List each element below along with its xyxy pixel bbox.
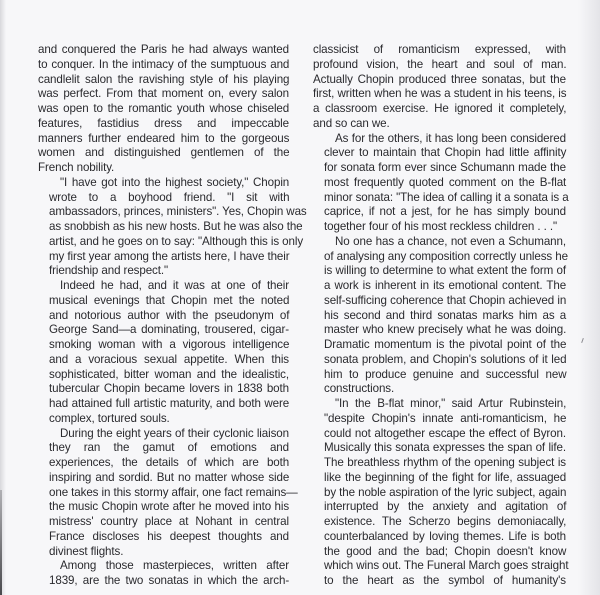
text-line: was open to the romantic youth whose chi…	[38, 102, 289, 117]
text-line: clever to maintain that Chopin had littl…	[313, 146, 566, 161]
paragraph: "In the B-flat minor," said Artur Rubins…	[313, 397, 566, 589]
text-line: and notorious author with the pseudonym …	[38, 309, 289, 324]
text-line: manners further endeared him to the gorg…	[38, 132, 289, 147]
text-line: friendship and respect."	[38, 264, 289, 279]
text-line: The breathless rhythm of the opening sub…	[313, 456, 566, 471]
paragraph: and conquered the Paris he had always wa…	[38, 43, 289, 176]
text-line: master who knew precisely what he was do…	[313, 323, 566, 338]
text-line: the good and the bad; Chopin doesn't kno…	[313, 545, 566, 560]
text-line: tubercular Chopin became lovers in 1838 …	[38, 382, 289, 397]
text-line: complex, tortured souls.	[38, 412, 289, 427]
text-line: mistress' country place at Nohant in cen…	[38, 515, 289, 530]
text-line: wrote to a boyhood friend. "I sit with	[38, 191, 289, 206]
text-line: classicist of romanticism expressed, wit…	[313, 43, 566, 58]
text-line: women and distinguished gentlemen of the	[38, 146, 289, 161]
text-line: profound vision, the heart and soul of m…	[313, 58, 566, 73]
text-line: musical evenings that Chopin met the not…	[38, 294, 289, 309]
text-line: and a voracious sexual appetite. When th…	[38, 353, 289, 368]
text-line: As for the others, it has long been cons…	[313, 132, 566, 147]
text-line: divinest flights.	[38, 545, 289, 560]
text-line: artist, and he goes on to say: "Although…	[38, 235, 289, 250]
text-line: for sonata form ever since Schumann made…	[313, 161, 566, 176]
left-text-column: and conquered the Paris he had always wa…	[38, 43, 289, 589]
text-line: sonata problem, and Chopin's solutions o…	[313, 353, 566, 368]
text-line: and so can we.	[313, 117, 566, 132]
text-line: smoking woman with a vigorous intelligen…	[38, 338, 289, 353]
text-line: by the noble aspiration of the lyric sub…	[313, 486, 566, 501]
text-line: No one has a chance, not even a Schumann…	[313, 235, 566, 250]
text-line: During the eight years of their cyclonic…	[38, 427, 289, 442]
page-edge-shadow	[578, 0, 600, 595]
text-line: Musically this sonata expresses the span…	[313, 441, 566, 456]
text-line: to conquer. In the intimacy of the sumpt…	[38, 58, 289, 73]
text-line: Among those masterpieces, written after	[38, 559, 289, 574]
paragraph: As for the others, it has long been cons…	[313, 132, 566, 235]
text-line: together four of his most reckless child…	[313, 220, 566, 235]
text-line: French nobility.	[38, 161, 289, 176]
text-line: experiences, the details of which are bo…	[38, 456, 289, 471]
text-line: "In the B-flat minor," said Artur Rubins…	[313, 397, 566, 412]
text-line: inspiring and sordid. But no matter whos…	[38, 471, 289, 486]
text-line: candlelit salon the ravishing style of h…	[38, 73, 289, 88]
text-line: could not altogether escape the effect o…	[313, 427, 566, 442]
text-line: "I have got into the highest society," C…	[38, 176, 289, 191]
text-line: interrupted by the anxiety and agitation…	[313, 500, 566, 515]
text-line: George Sand—a dominating, trousered, cig…	[38, 323, 289, 338]
paragraph: Among those masterpieces, written after1…	[38, 559, 289, 589]
text-line: France discloses his deepest thoughts an…	[38, 530, 289, 545]
text-line: was perfect. From that moment on, every …	[38, 87, 289, 102]
text-line: which wins out. The Funeral March goes s…	[313, 559, 566, 574]
paragraph: "I have got into the highest society," C…	[38, 176, 289, 279]
text-line: my first year among the artists here, I …	[38, 250, 289, 265]
text-line: as snobbish as his new hosts. But he was…	[38, 220, 289, 235]
text-line: features, fastidius dress and impeccable	[38, 117, 289, 132]
text-line: existence. The Scherzo begins demoniacal…	[313, 515, 566, 530]
text-line: a classroom exercise. He ignored it comp…	[313, 102, 566, 117]
text-line: sophisticated, bitter woman and the idea…	[38, 368, 289, 383]
text-line: counterbalanced by loving themes. Life i…	[313, 530, 566, 545]
text-line: is willing to determine to what extent t…	[313, 264, 566, 279]
text-line: him to produce genuine and successful ne…	[313, 368, 566, 383]
text-line: the music Chopin wrote after he moved in…	[38, 500, 289, 515]
text-line: and conquered the Paris he had always wa…	[38, 43, 289, 58]
text-line: caprice, if not a jest, for he has simpl…	[313, 205, 566, 220]
text-line: Actually Chopin produced three sonatas, …	[313, 73, 566, 88]
paragraph: No one has a chance, not even a Schumann…	[313, 235, 566, 397]
text-line: "despite Chopin's innate anti-romanticis…	[313, 412, 566, 427]
text-line: Indeed he had, and it was at one of thei…	[38, 279, 289, 294]
text-line: Dramatic momentum is the pivotal point o…	[313, 338, 566, 353]
text-line: self-sufficing coherence that Chopin ach…	[313, 294, 566, 309]
text-line: they ran the gamut of emotions and	[38, 441, 289, 456]
text-line: a work is inherent in its emotional cont…	[313, 279, 566, 294]
text-line: most frequently quoted comment on the B-…	[313, 176, 566, 191]
spine-edge-mark	[0, 490, 2, 595]
text-line: minor sonata: "The idea of calling it a …	[313, 191, 566, 206]
text-line: constructions.	[313, 382, 566, 397]
text-line: had attained full artistic maturity, and…	[38, 397, 289, 412]
text-line: one takes in this stormy affair, one fac…	[38, 486, 289, 501]
text-line: to the heart as the symbol of humanity's	[313, 574, 566, 589]
paragraph: Indeed he had, and it was at one of thei…	[38, 279, 289, 427]
text-line: ambassadors, princes, ministers". Yes, C…	[38, 205, 289, 220]
right-text-column: classicist of romanticism expressed, wit…	[313, 43, 566, 589]
text-line: first, written when he was a student in …	[313, 87, 566, 102]
text-line: like the beginning of the fight for life…	[313, 471, 566, 486]
text-line: 1839, are the two sonatas in which the a…	[38, 574, 289, 589]
paragraph: classicist of romanticism expressed, wit…	[313, 43, 566, 132]
text-line: his second and third sonatas marks him a…	[313, 309, 566, 324]
paragraph: During the eight years of their cyclonic…	[38, 427, 289, 560]
text-line: of analysing any composition correctly u…	[313, 250, 566, 265]
